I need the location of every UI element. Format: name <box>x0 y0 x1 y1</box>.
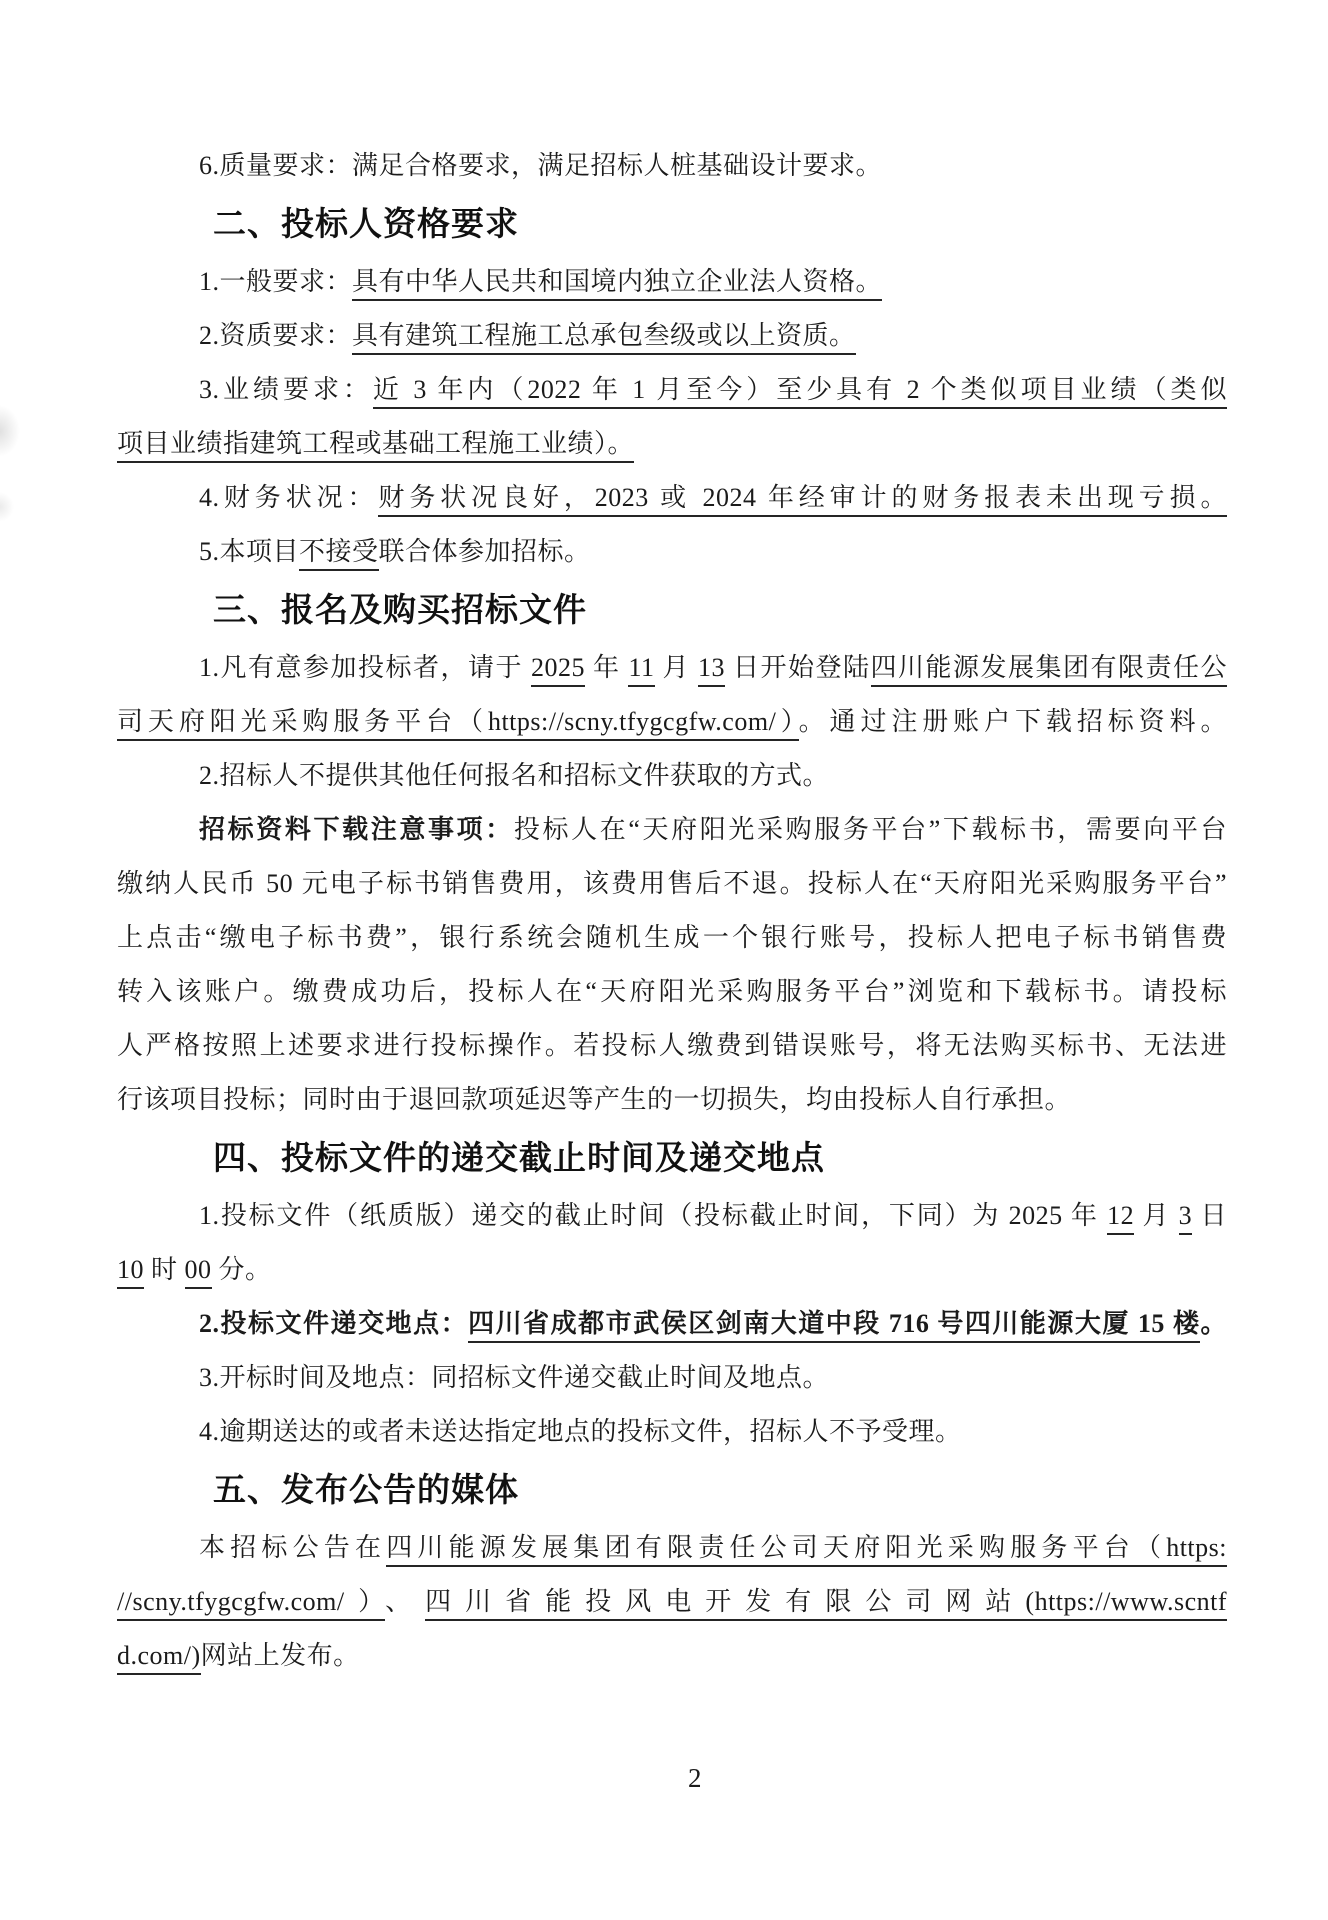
section-heading: 三、报名及购买招标文件 <box>117 579 1227 641</box>
text-line: 1.凡有意参加投标者，请于 2025 年 11 月 13 日开始登陆四川能源发展… <box>117 641 1227 695</box>
text-segment: 3 <box>1179 1201 1193 1235</box>
text-segment: 项目业绩指建筑工程或基础工程施工业绩）。 <box>117 429 634 463</box>
text-segment: //scny.tfygcgfw.com/） <box>117 1587 385 1621</box>
text-segment: 五、发布公告的媒体 <box>213 1471 519 1508</box>
text-segment: 具有中华人民共和国境内独立企业法人资格。 <box>352 267 882 301</box>
text-segment: 近 3 年内（2022 年 1 月至今）至少具有 2 个类似项目业绩（类似 <box>373 375 1227 409</box>
text-segment: 司天府阳光采购服务平台（https://scny.tfygcgfw.com/） <box>117 707 799 741</box>
section-heading: 四、投标文件的递交截止时间及递交地点 <box>117 1127 1227 1189</box>
text-segment: 日 <box>1192 1201 1227 1230</box>
text-segment: 、 <box>385 1587 425 1616</box>
text-line: 3.业绩要求：近 3 年内（2022 年 1 月至今）至少具有 2 个类似项目业… <box>117 363 1227 417</box>
text-segment: 招标资料下载注意事项： <box>199 815 514 844</box>
page-number: 2 <box>688 1762 702 1794</box>
text-segment: 月 <box>655 653 699 682</box>
text-segment: 。通过注册账户下载招标资料。 <box>799 707 1227 736</box>
text-line: 项目业绩指建筑工程或基础工程施工业绩）。 <box>117 417 1227 471</box>
text-segment: 四川省能投风电开发有限公司网站(https://www.scntf <box>425 1587 1227 1621</box>
text-segment: 具有建筑工程施工总承包叁级或以上资质。 <box>352 321 856 355</box>
text-line: 本招标公告在四川能源发展集团有限责任公司天府阳光采购服务平台（https: <box>117 1521 1227 1575</box>
text-segment: 分。 <box>212 1255 272 1284</box>
text-segment: 投标人在“天府阳光采购服务平台”下载标书，需要向平台 <box>514 815 1227 844</box>
text-segment: 11 <box>628 653 654 687</box>
text-segment: 四、投标文件的递交截止时间及递交地点 <box>213 1139 825 1176</box>
document-page: 6.质量要求：满足合格要求，满足招标人桩基础设计要求。二、投标人资格要求1.一般… <box>0 0 1328 1920</box>
document-content: 6.质量要求：满足合格要求，满足招标人桩基础设计要求。二、投标人资格要求1.一般… <box>117 139 1227 1683</box>
text-segment: 四川能源发展集团有限责任公司天府阳光采购服务平台（https: <box>386 1533 1227 1567</box>
text-segment: 三、报名及购买招标文件 <box>213 591 587 628</box>
text-line: 行该项目投标；同时由于退回款项延迟等产生的一切损失，均由投标人自行承担。 <box>117 1073 1227 1127</box>
text-segment: 2.投标文件递交地点： <box>199 1309 468 1338</box>
text-line: 2.投标文件递交地点：四川省成都市武侯区剑南大道中段 716 号四川能源大厦 1… <box>117 1297 1227 1351</box>
text-line: 司天府阳光采购服务平台（https://scny.tfygcgfw.com/）。… <box>117 695 1227 749</box>
scan-smudge <box>0 492 14 522</box>
text-segment: 年 <box>585 653 629 682</box>
text-line: 招标资料下载注意事项：投标人在“天府阳光采购服务平台”下载标书，需要向平台 <box>117 803 1227 857</box>
text-segment: 1.一般要求： <box>199 267 352 296</box>
text-segment: 12 <box>1107 1201 1134 1235</box>
scan-smudge <box>0 405 20 457</box>
text-segment: 缴纳人民币 50 元电子标书销售费用，该费用售后不退。投标人在“天府阳光采购服务… <box>117 869 1227 898</box>
section-heading: 二、投标人资格要求 <box>117 193 1227 255</box>
section-heading: 五、发布公告的媒体 <box>117 1459 1227 1521</box>
text-segment: 时 <box>144 1255 185 1284</box>
text-segment: 上点击“缴电子标书费”，银行系统会随机生成一个银行账号，投标人把电子标书销售费 <box>117 923 1227 952</box>
text-segment: 本招标公告在 <box>199 1533 386 1562</box>
text-line: 10 时 00 分。 <box>117 1243 1227 1297</box>
text-line: //scny.tfygcgfw.com/）、四川省能投风电开发有限公司网站(ht… <box>117 1575 1227 1629</box>
text-segment: 四川省成都市武侯区剑南大道中段 716 号四川能源大厦 15 楼 <box>468 1309 1200 1343</box>
text-line: 4.逾期送达的或者未送达指定地点的投标文件，招标人不予受理。 <box>117 1405 1227 1459</box>
text-segment: 1.凡有意参加投标者，请于 <box>199 653 531 682</box>
text-segment: d.com/) <box>117 1641 201 1675</box>
text-segment: 不接受 <box>299 537 379 571</box>
text-line: 1.投标文件（纸质版）递交的截止时间（投标截止时间，下同）为 2025 年 12… <box>117 1189 1227 1243</box>
text-segment: 转入该账户。缴费成功后，投标人在“天府阳光采购服务平台”浏览和下载标书。请投标 <box>117 977 1227 1006</box>
text-segment: 人严格按照上述要求进行投标操作。若投标人缴费到错误账号，将无法购买标书、无法进 <box>117 1031 1227 1060</box>
text-segment: 6.质量要求：满足合格要求，满足招标人桩基础设计要求。 <box>199 151 882 180</box>
text-segment: 2025 <box>531 653 585 687</box>
text-line: 人严格按照上述要求进行投标操作。若投标人缴费到错误账号，将无法购买标书、无法进 <box>117 1019 1227 1073</box>
text-line: 2.资质要求：具有建筑工程施工总承包叁级或以上资质。 <box>117 309 1227 363</box>
text-segment: 二、投标人资格要求 <box>213 205 519 242</box>
text-segment: 财务状况良好，2023 或 2024 年经审计的财务报表未出现亏损。 <box>378 483 1227 517</box>
text-segment: 1.投标文件（纸质版）递交的截止时间（投标截止时间，下同）为 2025 年 <box>199 1201 1107 1230</box>
text-segment: 3.开标时间及地点：同招标文件递交截止时间及地点。 <box>199 1363 829 1392</box>
text-segment: 。 <box>1200 1309 1227 1338</box>
text-segment: 4.财务状况： <box>199 483 378 512</box>
text-line: 转入该账户。缴费成功后，投标人在“天府阳光采购服务平台”浏览和下载标书。请投标 <box>117 965 1227 1019</box>
text-line: 上点击“缴电子标书费”，银行系统会随机生成一个银行账号，投标人把电子标书销售费 <box>117 911 1227 965</box>
text-segment: 联合体参加招标。 <box>379 537 591 566</box>
text-line: 5.本项目不接受联合体参加招标。 <box>117 525 1227 579</box>
text-segment: 网站上发布。 <box>201 1641 360 1670</box>
text-segment: 行该项目投标；同时由于退回款项延迟等产生的一切损失，均由投标人自行承担。 <box>117 1085 1071 1114</box>
text-segment: 2.资质要求： <box>199 321 352 350</box>
text-segment: 四川能源发展集团有限责任公 <box>871 653 1227 687</box>
text-line: 4.财务状况：财务状况良好，2023 或 2024 年经审计的财务报表未出现亏损… <box>117 471 1227 525</box>
text-segment: 月 <box>1134 1201 1179 1230</box>
text-segment: 3.业绩要求： <box>199 375 373 404</box>
text-segment: 4.逾期送达的或者未送达指定地点的投标文件，招标人不予受理。 <box>199 1417 962 1446</box>
text-segment: 13 <box>698 653 725 687</box>
text-segment: 10 <box>117 1255 144 1289</box>
text-line: 6.质量要求：满足合格要求，满足招标人桩基础设计要求。 <box>117 139 1227 193</box>
text-line: d.com/)网站上发布。 <box>117 1629 1227 1683</box>
text-line: 2.招标人不提供其他任何报名和招标文件获取的方式。 <box>117 749 1227 803</box>
text-segment: 5.本项目 <box>199 537 299 566</box>
text-segment: 2.招标人不提供其他任何报名和招标文件获取的方式。 <box>199 761 829 790</box>
text-segment: 日开始登陆 <box>725 653 870 682</box>
text-line: 3.开标时间及地点：同招标文件递交截止时间及地点。 <box>117 1351 1227 1405</box>
text-line: 1.一般要求：具有中华人民共和国境内独立企业法人资格。 <box>117 255 1227 309</box>
text-segment: 00 <box>185 1255 212 1289</box>
text-line: 缴纳人民币 50 元电子标书销售费用，该费用售后不退。投标人在“天府阳光采购服务… <box>117 857 1227 911</box>
